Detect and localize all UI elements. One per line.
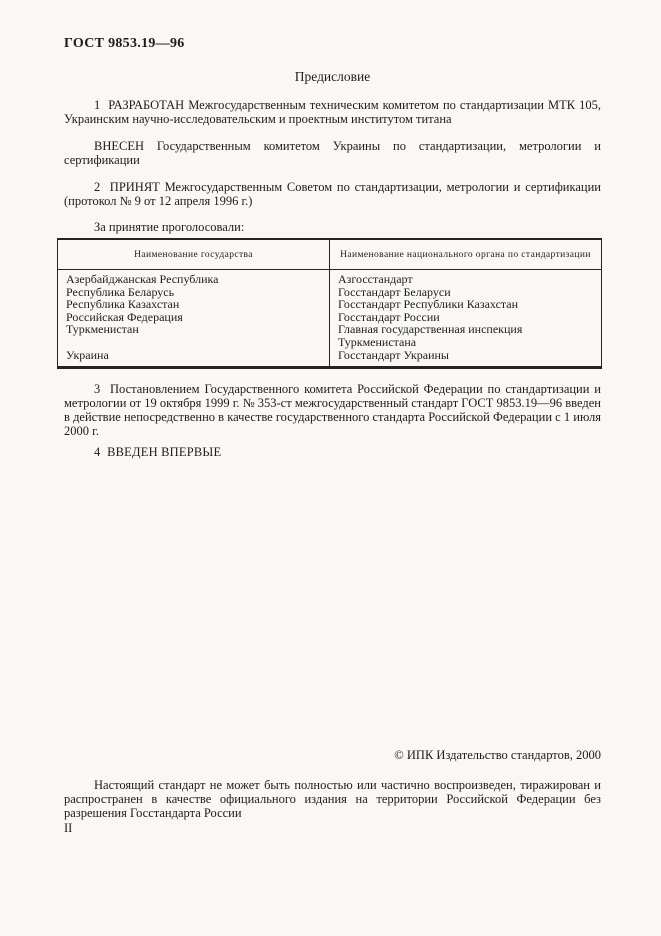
copyright-line: © ИПК Издательство стандартов, 2000	[394, 748, 601, 763]
state-cell: Туркменистан	[58, 323, 330, 348]
column-header-national-body: Наименование национального органа по ста…	[330, 239, 602, 270]
page-content: ГОСТ 9853.19—96 Предисловие 1 РАЗРАБОТАН…	[64, 36, 601, 459]
paragraph-adopted: 2 ПРИНЯТ Межгосударственным Советом по с…	[64, 180, 601, 208]
page-title: Предисловие	[64, 69, 601, 85]
state-cell: Республика Казахстан	[58, 298, 330, 311]
voting-table-body: Азербайджанская Республика Азгосстандарт…	[58, 270, 602, 368]
paragraph-first-time: 4 ВВЕДЕН ВПЕРВЫЕ	[64, 445, 601, 459]
body-cell: Азгосстандарт	[330, 270, 602, 286]
document-page: ГОСТ 9853.19—96 Предисловие 1 РАЗРАБОТАН…	[0, 0, 661, 936]
body-cell: Главная государственная инспекция Туркме…	[330, 323, 602, 348]
table-row: Украина Госстандарт Украины	[58, 349, 602, 368]
voting-table: Наименование государства Наименование на…	[57, 238, 602, 369]
page-number: II	[64, 821, 72, 836]
paragraph-enacted: 3 Постановлением Государственного комите…	[64, 382, 601, 438]
table-header-row: Наименование государства Наименование на…	[58, 239, 602, 270]
voting-table-header: Наименование государства Наименование на…	[58, 239, 602, 270]
body-cell: Госстандарт Украины	[330, 349, 602, 368]
state-cell: Украина	[58, 349, 330, 368]
table-row: Республика Казахстан Госстандарт Республ…	[58, 298, 602, 311]
paragraph-submitted: ВНЕСЕН Государственным комитетом Украины…	[64, 139, 601, 167]
table-row: Азербайджанская Республика Азгосстандарт	[58, 270, 602, 286]
paragraph-developed: 1 РАЗРАБОТАН Межгосударственным техничес…	[64, 98, 601, 126]
reproduction-notice: Настоящий стандарт не может быть полност…	[64, 778, 601, 820]
doc-code: ГОСТ 9853.19—96	[64, 36, 601, 52]
body-cell: Госстандарт Республики Казахстан	[330, 298, 602, 311]
column-header-state: Наименование государства	[58, 239, 330, 270]
paragraph-voted-intro: За принятие проголосовали:	[64, 220, 601, 234]
state-cell: Азербайджанская Республика	[58, 270, 330, 286]
table-row: Туркменистан Главная государственная инс…	[58, 323, 602, 348]
